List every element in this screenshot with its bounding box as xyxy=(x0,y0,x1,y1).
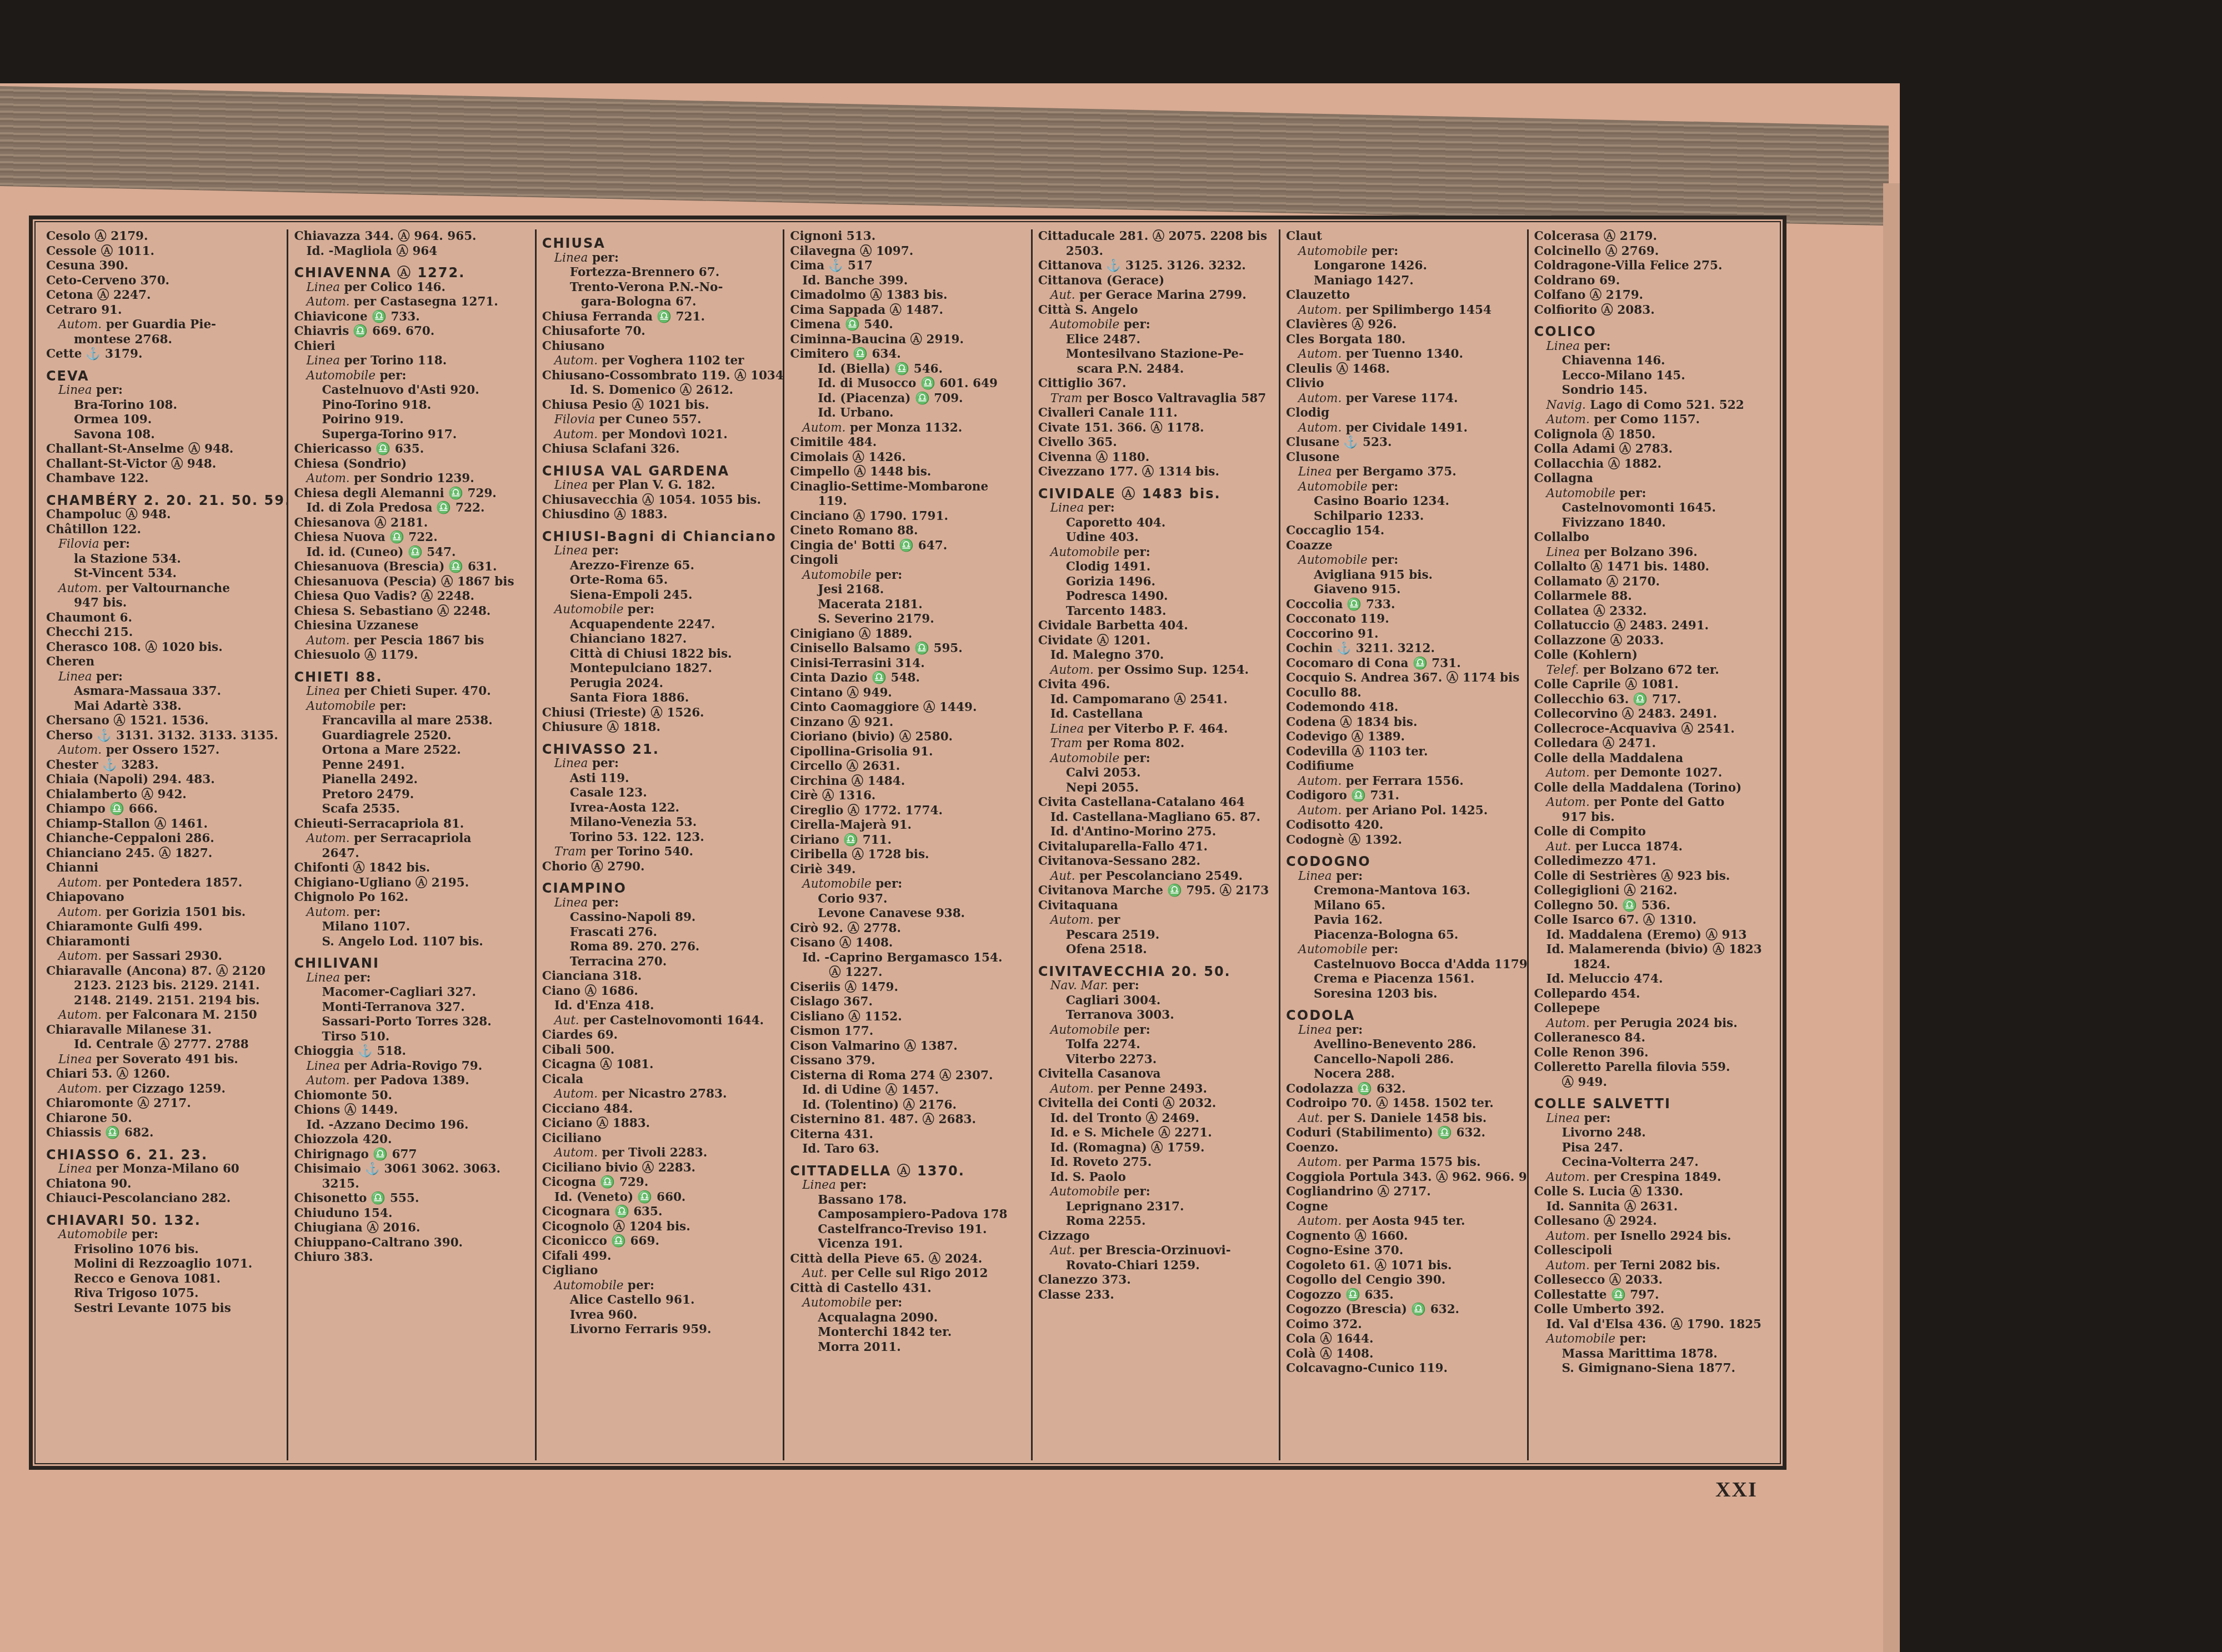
index-entry: Colleretto Parella filovia 559. xyxy=(1534,1060,1769,1075)
index-entry: Linea per Chieti Super. 470. xyxy=(294,684,529,699)
index-entry: Ciciliano bivio Ⓐ 2283. xyxy=(542,1161,777,1176)
index-entry: Autom. per Ponte del Gatto xyxy=(1534,795,1769,810)
index-entry: Livorno 248. xyxy=(1534,1126,1769,1141)
index-entry: Autom. per Pontedera 1857. xyxy=(46,876,281,891)
index-entry: Chersano Ⓐ 1521. 1536. xyxy=(46,714,281,729)
index-entry: Chiuppano-Caltrano 390. xyxy=(294,1236,529,1251)
index-entry: Chiesa S. Sebastiano Ⓐ 2248. xyxy=(294,604,529,619)
index-entry: Clodig xyxy=(1286,406,1521,421)
page-number: XXI xyxy=(1715,1478,1758,1502)
service-type-label: Autom. xyxy=(58,876,102,890)
service-type-label: Automobile xyxy=(306,699,376,713)
index-entry: Chiavicone ♎ 733. xyxy=(294,310,529,325)
service-type-label: Linea xyxy=(1050,501,1084,515)
index-entry: Colle della Maddalena xyxy=(1534,752,1769,767)
index-entry: Cimitile 484. xyxy=(790,435,1025,450)
service-type-label: Autom. xyxy=(1298,774,1342,788)
index-entry: Chiavazza 344. Ⓐ 964. 965. xyxy=(294,229,529,244)
service-type-label: Autom. xyxy=(1298,392,1342,406)
index-entry: Autom. per Pescia 1867 bis xyxy=(294,634,529,649)
index-entry: Chiugiana Ⓐ 2016. xyxy=(294,1221,529,1236)
index-entry: Automobile per: xyxy=(1038,545,1273,560)
index-entry: la Stazione 534. xyxy=(46,552,281,567)
index-entry: Autom. per Gorizia 1501 bis. xyxy=(46,905,281,920)
index-entry: Linea per: xyxy=(1534,1112,1769,1127)
index-entry: Chiusi (Trieste) Ⓐ 1526. xyxy=(542,706,777,721)
index-entry: Cineto Romano 88. xyxy=(790,524,1025,539)
index-entry: Chiusano-Cossombrato 119. Ⓐ 1034 xyxy=(542,369,777,384)
index-entry: Alice Castello 961. xyxy=(542,1293,777,1308)
index-entry: Leprignano 2317. xyxy=(1038,1200,1273,1215)
index-entry: Tram per Roma 802. xyxy=(1038,737,1273,752)
index-entry: Chiavenna 146. xyxy=(1534,354,1769,369)
service-type-label: Aut. xyxy=(554,1014,579,1028)
index-entry: Corio 937. xyxy=(790,892,1025,907)
index-entry: Cette ⚓ 3179. xyxy=(46,347,281,362)
index-entry: Cicognolo Ⓐ 1204 bis. xyxy=(542,1220,777,1235)
index-entry: Chiamp-Stallon Ⓐ 1461. xyxy=(46,817,281,832)
index-entry: 119. xyxy=(790,494,1025,509)
index-entry: Chianni xyxy=(46,861,281,876)
index-entry: Cassino-Napoli 89. xyxy=(542,910,777,925)
service-type-label: Autom. xyxy=(306,832,349,845)
index-entry: 2123. 2123 bis. 2129. 2141. xyxy=(46,979,281,994)
index-entry: Chiomonte 50. xyxy=(294,1089,529,1104)
page-right-edge xyxy=(1883,183,1900,1652)
service-type-label: Linea xyxy=(1547,545,1580,559)
service-type-label: Tram xyxy=(1050,737,1083,750)
index-entry: Scafa 2535. xyxy=(294,802,529,817)
index-entry: Città della Pieve 65. Ⓐ 2024. xyxy=(790,1252,1025,1267)
index-entry: Codroipo 70. Ⓐ 1458. 1502 ter. xyxy=(1286,1097,1521,1112)
index-entry: Colcavagno-Cunico 119. xyxy=(1286,1361,1521,1376)
index-entry: Cittiglio 367. xyxy=(1038,377,1273,392)
index-entry: Autom. per Tuenno 1340. xyxy=(1286,347,1521,362)
service-type-label: Autom. xyxy=(1298,421,1342,435)
service-type-label: Automobile xyxy=(1298,553,1368,567)
index-entry: Cibali 500. xyxy=(542,1043,777,1058)
index-entry: Monterchi 1842 ter. xyxy=(790,1325,1025,1340)
index-entry: Id. Malegno 370. xyxy=(1038,648,1273,663)
index-entry: Coccaglio 154. xyxy=(1286,524,1521,539)
index-column-7: Colcerasa Ⓐ 2179.Colcinello Ⓐ 2769.Coldr… xyxy=(1529,229,1775,1460)
service-type-label: Autom. xyxy=(58,582,102,595)
index-entry: Autom. per Cividale 1491. xyxy=(1286,421,1521,436)
service-type-label: Tram xyxy=(554,845,587,859)
index-entry: Coldragone-Villa Felice 275. xyxy=(1534,259,1769,274)
index-entry: Perugia 2024. xyxy=(542,677,777,692)
index-entry: Automobile per: xyxy=(542,603,777,618)
index-entry: Cogollo del Cengio 390. xyxy=(1286,1273,1521,1288)
index-heading: CHIUSA VAL GARDENA xyxy=(542,464,777,479)
service-type-label: Linea xyxy=(58,1162,92,1176)
index-entry: Codisotto 420. xyxy=(1286,818,1521,833)
index-entry: Chiusavecchia Ⓐ 1054. 1055 bis. xyxy=(542,493,777,508)
service-type-label: Automobile xyxy=(1050,318,1120,332)
index-entry: Aut. per Gerace Marina 2799. xyxy=(1038,288,1273,303)
index-entry: Civitanova Marche ♎ 795. Ⓐ 2173 xyxy=(1038,884,1273,899)
index-entry: Ciconicco ♎ 669. xyxy=(542,1234,777,1249)
index-entry: Champoluc Ⓐ 948. xyxy=(46,508,281,523)
index-entry: Colcerasa Ⓐ 2179. xyxy=(1534,229,1769,244)
index-entry: Montesilvano Stazione-Pe- xyxy=(1038,347,1273,362)
service-type-label: Aut. xyxy=(1050,288,1075,302)
index-entry: Linea per Colico 146. xyxy=(294,281,529,296)
index-entry: Automobile per: xyxy=(1534,1332,1769,1347)
index-entry: Autom. per Penne 2493. xyxy=(1038,1082,1273,1097)
index-entry: 917 bis. xyxy=(1534,810,1769,825)
index-entry: Aut. per Celle sul Rigo 2012 xyxy=(790,1266,1025,1281)
index-entry: Chiapovano xyxy=(46,890,281,905)
index-entry: Santa Fiora 1886. xyxy=(542,691,777,706)
index-entry: Id. d'Enza 418. xyxy=(542,999,777,1014)
index-entry: Collegiglioni Ⓐ 2162. xyxy=(1534,884,1769,899)
index-column-5: Cittaducale 281. Ⓐ 2075. 2208 bis2503.Ci… xyxy=(1033,229,1280,1460)
index-entry: Bra-Torino 108. xyxy=(46,398,281,413)
index-entry: Collestatte ♎ 797. xyxy=(1534,1288,1769,1303)
index-entry: Citerna 431. xyxy=(790,1128,1025,1143)
index-entry: Chisimaio ⚓ 3061 3062. 3063. xyxy=(294,1162,529,1177)
index-entry: Id. Castellana xyxy=(1038,707,1273,722)
service-type-label: Nav. Mar. xyxy=(1050,979,1108,993)
index-entry: Chiusdino Ⓐ 1883. xyxy=(542,508,777,523)
index-entry: Cittanova (Gerace) xyxy=(1038,274,1273,289)
index-entry: Cinigiano Ⓐ 1889. xyxy=(790,627,1025,642)
index-entry: Automobile per: xyxy=(294,369,529,384)
index-entry: Milano 65. xyxy=(1286,899,1521,914)
index-entry: Ceto-Cerveno 370. xyxy=(46,274,281,289)
index-entry: Chigiano-Ugliano Ⓐ 2195. xyxy=(294,876,529,891)
index-entry: Chiusa Pesio Ⓐ 1021 bis. xyxy=(542,398,777,413)
index-entry: Collepardo 454. xyxy=(1534,987,1769,1002)
index-entry: Sassari-Porto Torres 328. xyxy=(294,1015,529,1030)
index-entry: Id. S. Domenico Ⓐ 2612. xyxy=(542,383,777,398)
index-entry: Città di Chiusi 1822 bis. xyxy=(542,647,777,662)
index-entry: Id. d'Antino-Morino 275. xyxy=(1038,825,1273,840)
index-entry: Cheren xyxy=(46,655,281,670)
index-entry: Cioriano (bivio) Ⓐ 2580. xyxy=(790,730,1025,745)
index-entry: Autom. per Crespina 1849. xyxy=(1534,1170,1769,1185)
service-type-label: Aut. xyxy=(1050,1244,1075,1258)
service-type-label: Linea xyxy=(802,1178,836,1192)
index-entry: S. Gimignano-Siena 1877. xyxy=(1534,1361,1769,1376)
index-entry: Autom. per Cizzago 1259. xyxy=(46,1082,281,1097)
service-type-label: Navig. xyxy=(1547,398,1586,412)
index-entry: Checchi 215. xyxy=(46,625,281,640)
index-entry: Chiampo ♎ 666. xyxy=(46,802,281,817)
service-type-label: Linea xyxy=(306,684,340,698)
index-entry: Cessole Ⓐ 1011. xyxy=(46,244,281,259)
index-entry: Chiesanova Ⓐ 2181. xyxy=(294,516,529,531)
index-entry: Cismon 177. xyxy=(790,1024,1025,1039)
index-entry: Cingoli xyxy=(790,553,1025,568)
index-heading: CHIAVARI 50. 132. xyxy=(46,1213,281,1228)
index-entry: Ivrea-Aosta 122. xyxy=(542,801,777,816)
index-entry: 2503. xyxy=(1038,244,1273,259)
index-entry: Challant-St-Victor Ⓐ 948. xyxy=(46,457,281,472)
index-entry: Chialamberto Ⓐ 942. xyxy=(46,788,281,803)
index-entry: Id. -Magliola Ⓐ 964 xyxy=(294,244,529,259)
service-type-label: Autom. xyxy=(554,428,598,442)
index-heading: CHIUSA xyxy=(542,236,777,251)
index-entry: Autom. per Ferrara 1556. xyxy=(1286,774,1521,789)
index-entry: Id. Campomarano Ⓐ 2541. xyxy=(1038,693,1273,708)
index-entry: Colle Isarco 67. Ⓐ 1310. xyxy=(1534,913,1769,928)
index-entry: Milano-Venezia 53. xyxy=(542,815,777,830)
index-entry: Penne 2491. xyxy=(294,758,529,773)
service-type-label: Automobile xyxy=(802,1296,872,1310)
index-entry: Monti-Terranova 327. xyxy=(294,1000,529,1015)
index-entry: Cipollina-Grisolia 91. xyxy=(790,745,1025,760)
index-entry: Cicciano 484. xyxy=(542,1102,777,1117)
index-column-3: CHIUSALinea per:Fortezza-Brennero 67.Tre… xyxy=(537,229,784,1460)
index-entry: Autom. per xyxy=(1038,913,1273,928)
index-entry: Cimadolmo Ⓐ 1383 bis. xyxy=(790,288,1025,303)
index-entry: Aut. per S. Daniele 1458 bis. xyxy=(1286,1112,1521,1127)
index-entry: Id. id. (Cuneo) ♎ 547. xyxy=(294,545,529,560)
index-entry: Calvi 2053. xyxy=(1038,766,1273,781)
index-entry: Cirò 92. Ⓐ 2778. xyxy=(790,922,1025,937)
index-entry: Id. di Musocco ♎ 601. 649 xyxy=(790,377,1025,392)
index-entry: Civenna Ⓐ 1180. xyxy=(1038,450,1273,465)
index-entry: Linea per: xyxy=(46,383,281,398)
index-entry: Ciriano ♎ 711. xyxy=(790,833,1025,848)
index-entry: Cremona-Mantova 163. xyxy=(1286,884,1521,899)
index-entry: Siena-Empoli 245. xyxy=(542,588,777,603)
index-entry: Cignoni 513. xyxy=(790,229,1025,244)
service-type-label: Autom. xyxy=(1547,413,1590,427)
index-entry: Cislago 367. xyxy=(790,995,1025,1010)
index-entry: Id. S. Paolo xyxy=(1038,1170,1273,1185)
index-entry: Cividate Ⓐ 1201. xyxy=(1038,634,1273,649)
index-entry: Tirso 510. xyxy=(294,1030,529,1045)
index-entry: Chiesa Nuova ♎ 722. xyxy=(294,530,529,545)
index-entry: Collepepe xyxy=(1534,1002,1769,1017)
service-type-label: Automobile xyxy=(1298,244,1368,258)
index-entry: Pino-Torino 918. xyxy=(294,398,529,413)
index-entry: Colcinello Ⓐ 2769. xyxy=(1534,244,1769,259)
index-entry: Id. (Romagna) Ⓐ 1759. xyxy=(1038,1141,1273,1156)
index-heading: CHIVASSO 21. xyxy=(542,742,777,757)
index-entry: Autom. per Sassari 2930. xyxy=(46,949,281,964)
index-entry: Cimpello Ⓐ 1448 bis. xyxy=(790,465,1025,480)
index-entry: Mai Adartè 338. xyxy=(46,699,281,714)
index-entry: Automobile per: xyxy=(46,1228,281,1243)
index-heading: CODOGNO xyxy=(1286,854,1521,869)
index-entry: Nepi 2055. xyxy=(1038,781,1273,796)
index-entry: Chianche-Ceppaloni 286. xyxy=(46,832,281,847)
index-entry: Chiesuolo Ⓐ 1179. xyxy=(294,648,529,663)
index-entry: Chirignago ♎ 677 xyxy=(294,1148,529,1163)
index-entry: Codemondo 418. xyxy=(1286,700,1521,715)
index-entry: Cognento Ⓐ 1660. xyxy=(1286,1229,1521,1244)
index-entry: Aut. per Brescia-Orzinuovi- xyxy=(1038,1244,1273,1259)
service-type-label: Autom. xyxy=(802,421,845,435)
service-type-label: Automobile xyxy=(1298,943,1368,957)
index-entry: Colle (Kohlern) xyxy=(1534,648,1769,663)
index-entry: Pretoro 2479. xyxy=(294,788,529,803)
index-entry: Linea per Bolzano 396. xyxy=(1534,545,1769,560)
index-entry: Codifiume xyxy=(1286,759,1521,774)
index-entry: Autom. per Monza 1132. xyxy=(790,421,1025,436)
index-entry: Cinciano Ⓐ 1790. 1791. xyxy=(790,509,1025,524)
service-type-label: Filovia xyxy=(58,537,99,551)
index-entry: Ⓐ 949. xyxy=(1534,1075,1769,1090)
index-entry: gara-Bologna 67. xyxy=(542,295,777,310)
index-entry: Collamato Ⓐ 2170. xyxy=(1534,575,1769,590)
index-entry: Ciribella Ⓐ 1728 bis. xyxy=(790,848,1025,863)
index-entry: Filovia per Cuneo 557. xyxy=(542,413,777,428)
index-entry: Linea per: xyxy=(542,544,777,559)
index-entry: Ortona a Mare 2522. xyxy=(294,743,529,758)
index-entry: Cinisi-Terrasini 314. xyxy=(790,657,1025,672)
index-entry: Coduri (Stabilimento) ♎ 632. xyxy=(1286,1126,1521,1141)
index-entry: Livorno Ferraris 959. xyxy=(542,1323,777,1338)
index-entry: Autom. per Parma 1575 bis. xyxy=(1286,1155,1521,1170)
index-entry: Id. (Veneto) ♎ 660. xyxy=(542,1190,777,1205)
index-entry: Cison Valmarino Ⓐ 1387. xyxy=(790,1039,1025,1054)
index-entry: Civalleri Canale 111. xyxy=(1038,406,1273,421)
index-entry: Cilavegna Ⓐ 1097. xyxy=(790,244,1025,259)
service-type-label: Autom. xyxy=(306,905,349,919)
index-entry: Casale 123. xyxy=(542,786,777,801)
index-entry: Chiusure Ⓐ 1818. xyxy=(542,720,777,735)
index-entry: Morra 2011. xyxy=(790,1340,1025,1355)
index-entry: Cles Borgata 180. xyxy=(1286,333,1521,348)
index-entry: Claut xyxy=(1286,229,1521,244)
service-type-label: Autom. xyxy=(58,318,102,332)
index-entry: Camposampiero-Padova 178 xyxy=(790,1208,1025,1223)
index-entry: Colfano Ⓐ 2179. xyxy=(1534,288,1769,303)
service-type-label: Automobile xyxy=(802,568,872,582)
index-entry: 3215. xyxy=(294,1177,529,1192)
index-entry: Collarmele 88. xyxy=(1534,589,1769,604)
index-entry: Autom. per Spilimbergo 1454 xyxy=(1286,303,1521,318)
index-entry: Cirella-Majerà 91. xyxy=(790,818,1025,833)
service-type-label: Autom. xyxy=(58,1082,102,1096)
index-entry: Castelfranco-Treviso 191. xyxy=(790,1223,1025,1238)
index-entry: Collegno 50. ♎ 536. xyxy=(1534,899,1769,914)
service-type-label: Tram xyxy=(1050,392,1083,406)
index-column-4: Cignoni 513.Cilavegna Ⓐ 1097.Cima ⚓ 517I… xyxy=(784,229,1032,1460)
index-entry: Colledimezzo 471. xyxy=(1534,854,1769,869)
index-entry: Fortezza-Brennero 67. xyxy=(542,266,777,281)
index-entry: Autom. per Valtournanche xyxy=(46,582,281,597)
index-entry: Chignolo Po 162. xyxy=(294,890,529,905)
service-type-label: Autom. xyxy=(1547,766,1590,780)
service-type-label: Autom. xyxy=(306,295,349,309)
index-entry: Molini di Rezzoaglio 1071. xyxy=(46,1257,281,1272)
service-type-label: Linea xyxy=(554,544,588,558)
index-heading: COLLE SALVETTI xyxy=(1534,1097,1769,1112)
index-entry: Telef. per Bolzano 672 ter. xyxy=(1534,663,1769,678)
index-entry: Gorizia 1496. xyxy=(1038,575,1273,590)
service-type-label: Linea xyxy=(1298,869,1332,883)
index-entry: Chiarone 50. xyxy=(46,1112,281,1127)
index-entry: Coenzo. xyxy=(1286,1141,1521,1156)
index-entry: Collesano Ⓐ 2924. xyxy=(1534,1214,1769,1229)
index-entry: Ofena 2518. xyxy=(1038,943,1273,958)
index-entry: Linea per Viterbo P. F. 464. xyxy=(1038,722,1273,737)
index-entry: Linea per: xyxy=(46,670,281,685)
index-entry: Maniago 1427. xyxy=(1286,274,1521,289)
index-entry: Colle Renon 396. xyxy=(1534,1046,1769,1061)
index-entry: Aut. per Lucca 1874. xyxy=(1534,840,1769,855)
index-entry: Chianciano 1827. xyxy=(542,632,777,647)
service-type-label: Automobile xyxy=(1050,1185,1120,1199)
index-entry: Cingia de' Botti ♎ 647. xyxy=(790,539,1025,554)
index-entry: Autom. per Serracapriola xyxy=(294,832,529,847)
index-entry: Chiusano xyxy=(542,339,777,354)
index-entry: Autom. per Demonte 1027. xyxy=(1534,766,1769,781)
index-entry: S. Angelo Lod. 1107 bis. xyxy=(294,935,529,950)
index-entry: Automobile per: xyxy=(1286,943,1521,958)
index-entry: Id. (Tolentino) Ⓐ 2176. xyxy=(790,1098,1025,1113)
index-heading: CITTADELLA Ⓐ 1370. xyxy=(790,1164,1025,1179)
service-type-label: Autom. xyxy=(1547,1170,1590,1184)
service-type-label: Aut. xyxy=(1547,840,1572,854)
index-entry: Id. Centrale Ⓐ 2777. 2788 xyxy=(46,1038,281,1053)
service-type-label: Autom. xyxy=(1050,1082,1094,1096)
index-heading: COLICO xyxy=(1534,324,1769,339)
index-entry: Id. Val d'Elsa 436. Ⓐ 1790. 1825 xyxy=(1534,1318,1769,1333)
index-entry: Chiesanuova (Brescia) ♎ 631. xyxy=(294,560,529,575)
index-entry: Chiesa Quo Vadis? Ⓐ 2248. xyxy=(294,589,529,604)
index-entry: Tolfa 2274. xyxy=(1038,1038,1273,1053)
index-entry: Città di Castello 431. xyxy=(790,1281,1025,1296)
index-heading: CHIUSI-Bagni di Chianciano xyxy=(542,529,777,544)
index-entry: Orte-Roma 65. xyxy=(542,573,777,588)
index-entry: Chiaramonte Gulfi 499. xyxy=(46,920,281,935)
index-entry: Fivizzano 1840. xyxy=(1534,516,1769,531)
index-entry: Francavilla al mare 2538. xyxy=(294,714,529,729)
index-entry: Id. -Azzano Decimo 196. xyxy=(294,1118,529,1133)
index-entry: Cima ⚓ 517 xyxy=(790,259,1025,274)
index-entry: Collecchio 63. ♎ 717. xyxy=(1534,693,1769,708)
index-entry: Aut. per Pescolanciano 2549. xyxy=(1038,869,1273,884)
service-type-label: Linea xyxy=(554,757,588,770)
index-entry: Challant-St-Anselme Ⓐ 948. xyxy=(46,442,281,457)
index-entry: Chiari 53. Ⓐ 1260. xyxy=(46,1067,281,1082)
service-type-label: Autom. xyxy=(1298,804,1342,818)
index-entry: Clivio xyxy=(1286,377,1521,392)
index-entry: Cicagna Ⓐ 1081. xyxy=(542,1058,777,1073)
index-entry: Terracina 270. xyxy=(542,955,777,970)
index-entry: Chiusaforte 70. xyxy=(542,324,777,339)
index-entry: Podresca 1490. xyxy=(1038,589,1273,604)
index-entry: Autom. per Terni 2082 bis. xyxy=(1534,1259,1769,1274)
index-entry: Automobile per: xyxy=(1038,752,1273,767)
index-entry: Automobile per: xyxy=(790,877,1025,892)
service-type-label: Autom. xyxy=(58,1008,102,1022)
index-entry: Châtillon 122. xyxy=(46,523,281,538)
service-type-label: Linea xyxy=(306,281,340,294)
index-entry: Id. di Zola Predosa ♎ 722. xyxy=(294,501,529,516)
index-entry: Automobile per: xyxy=(1534,487,1769,502)
index-column-6: ClautAutomobile per:Longarone 1426.Mania… xyxy=(1280,229,1528,1460)
index-heading: CHAMBÉRY 2. 20. 21. 50. 59. xyxy=(46,493,281,508)
index-entry: 947 bis. xyxy=(46,596,281,611)
index-entry: Automobile per: xyxy=(1286,553,1521,568)
index-entry: Cinisello Balsamo ♎ 595. xyxy=(790,642,1025,657)
index-entry: Colle di Sestrières Ⓐ 923 bis. xyxy=(1534,869,1769,884)
index-entry: Trento-Verona P.N.-No- xyxy=(542,281,777,296)
index-entry: Civitaluparella-Fallo 471. xyxy=(1038,840,1273,855)
index-entry: Collecorvino Ⓐ 2483. 2491. xyxy=(1534,707,1769,722)
index-entry: Ciminna-Baucina Ⓐ 2919. xyxy=(790,333,1025,348)
index-entry: Torino 53. 122. 123. xyxy=(542,830,777,845)
index-entry: Id. Maddalena (Eremo) Ⓐ 913 xyxy=(1534,928,1769,943)
